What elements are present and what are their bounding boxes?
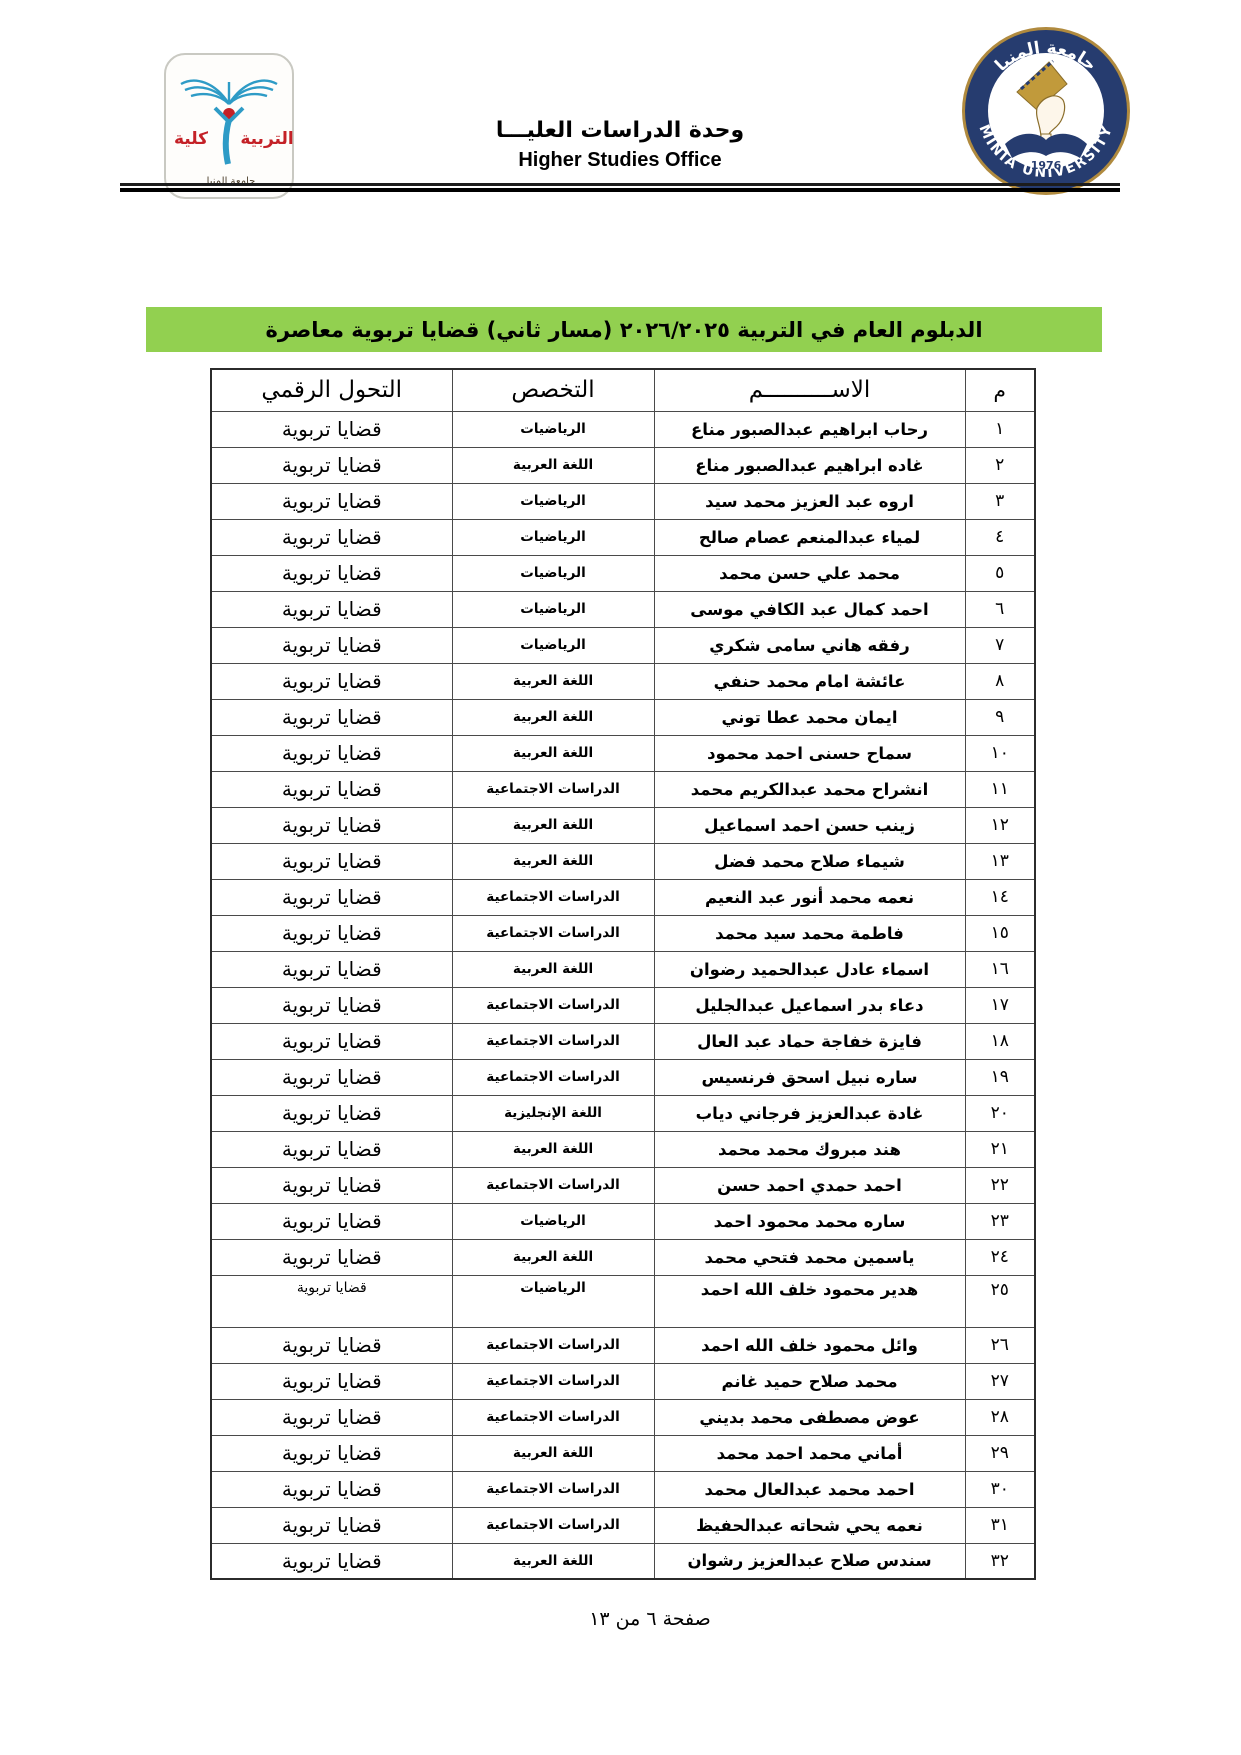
table-row: ٢٤ياسمين محمد فتحي محمداللغة العربيةقضاي… <box>211 1239 1035 1275</box>
program-banner: الدبلوم العام في التربية ٢٠٢٦/٢٠٢٥ (مسار… <box>146 307 1102 352</box>
cell-spec: الدراسات الاجتماعية <box>452 1023 654 1059</box>
table-row: ١٨فايزة خفاجة حماد عبد العالالدراسات الا… <box>211 1023 1035 1059</box>
cell-spec: اللغة العربية <box>452 951 654 987</box>
cell-transform: قضايا تربوية <box>211 1543 452 1579</box>
table-row: ٣٢سندس صلاح عبدالعزيز رشواناللغة العربية… <box>211 1543 1035 1579</box>
cell-spec: اللغة العربية <box>452 735 654 771</box>
table-row: ٣اروه عبد العزيز محمد سيدالرياضياتقضايا … <box>211 483 1035 519</box>
cell-name: سندس صلاح عبدالعزيز رشوان <box>654 1543 965 1579</box>
cell-transform: قضايا تربوية <box>211 1471 452 1507</box>
cell-no: ٢٠ <box>965 1095 1035 1131</box>
table-row: ١٤نعمه محمد أنور عبد النعيمالدراسات الاج… <box>211 879 1035 915</box>
cell-no: ٣١ <box>965 1507 1035 1543</box>
cell-spec: اللغة العربية <box>452 807 654 843</box>
cell-name: فاطمة محمد سيد محمد <box>654 915 965 951</box>
cell-no: ١٢ <box>965 807 1035 843</box>
cell-spec: الرياضيات <box>452 1275 654 1327</box>
cell-transform: قضايا تربوية <box>211 1399 452 1435</box>
cell-spec: اللغة العربية <box>452 447 654 483</box>
cell-name: نعمه يحي شحاته عبدالحفيظ <box>654 1507 965 1543</box>
cell-spec: الرياضيات <box>452 627 654 663</box>
cell-name: شيماء صلاح محمد فضل <box>654 843 965 879</box>
table-row: ١رحاب ابراهيم عبدالصبور مناعالرياضياتقضا… <box>211 411 1035 447</box>
page-number-text: صفحة ٦ من ١٣ <box>589 1608 711 1630</box>
cell-name: ساره نبيل اسحق فرنسيس <box>654 1059 965 1095</box>
cell-name: زينب حسن احمد اسماعيل <box>654 807 965 843</box>
table-row: ٢غاده ابراهيم عبدالصبور مناعاللغة العربي… <box>211 447 1035 483</box>
cell-transform: قضايا تربوية <box>211 627 452 663</box>
table-row: ١٥فاطمة محمد سيد محمدالدراسات الاجتماعية… <box>211 915 1035 951</box>
cell-no: ٢ <box>965 447 1035 483</box>
table-row: ١٠سماح حسنى احمد محموداللغة العربيةقضايا… <box>211 735 1035 771</box>
cell-no: ١٣ <box>965 843 1035 879</box>
cell-name: احمد حمدي احمد حسن <box>654 1167 965 1203</box>
cell-spec: اللغة العربية <box>452 1543 654 1579</box>
cell-transform: قضايا تربوية <box>211 1239 452 1275</box>
header-name: الاســــــــــم <box>654 369 965 411</box>
cell-transform: قضايا تربوية <box>211 1095 452 1131</box>
cell-no: ١٦ <box>965 951 1035 987</box>
cell-no: ٢٥ <box>965 1275 1035 1327</box>
table-row: ١٧دعاء بدر اسماعيل عبدالجليلالدراسات الا… <box>211 987 1035 1023</box>
table-row: ٤لمياء عبدالمنعم عصام صالحالرياضياتقضايا… <box>211 519 1035 555</box>
table-row: ٢٧محمد صلاح حميد غانمالدراسات الاجتماعية… <box>211 1363 1035 1399</box>
cell-name: محمد صلاح حميد غانم <box>654 1363 965 1399</box>
cell-no: ٤ <box>965 519 1035 555</box>
table-row: ٨عائشة امام محمد حنفياللغة العربيةقضايا … <box>211 663 1035 699</box>
cell-transform: قضايا تربوية <box>211 951 452 987</box>
table-row: ٢٦وائل محمود خلف الله احمدالدراسات الاجت… <box>211 1327 1035 1363</box>
cell-transform: قضايا تربوية <box>211 519 452 555</box>
cell-transform: قضايا تربوية <box>211 411 452 447</box>
cell-name: هند مبروك محمد محمد <box>654 1131 965 1167</box>
cell-name: غادة عبدالعزيز فرجاني دياب <box>654 1095 965 1131</box>
cell-transform: قضايا تربوية <box>211 771 452 807</box>
table-row: ١٦اسماء عادل عبدالحميد رضواناللغة العربي… <box>211 951 1035 987</box>
cell-no: ٢٦ <box>965 1327 1035 1363</box>
cell-name: احمد كمال عبد الكافي موسى <box>654 591 965 627</box>
cell-name: ايمان محمد عطا توني <box>654 699 965 735</box>
cell-name: عائشة امام محمد حنفي <box>654 663 965 699</box>
cell-transform: قضايا تربوية <box>211 591 452 627</box>
cell-name: احمد محمد عبدالعال محمد <box>654 1471 965 1507</box>
cell-name: اروه عبد العزيز محمد سيد <box>654 483 965 519</box>
cell-spec: الدراسات الاجتماعية <box>452 915 654 951</box>
cell-no: ٣ <box>965 483 1035 519</box>
cell-transform: قضايا تربوية <box>211 807 452 843</box>
students-table-body: ١رحاب ابراهيم عبدالصبور مناعالرياضياتقضا… <box>211 411 1035 1579</box>
cell-name: وائل محمود خلف الله احمد <box>654 1327 965 1363</box>
cell-spec: الرياضيات <box>452 555 654 591</box>
page-footer: صفحة ٦ من ١٣ <box>120 1608 1180 1630</box>
seal-year: 1976 <box>1031 159 1062 172</box>
cell-no: ١٨ <box>965 1023 1035 1059</box>
cell-name: أماني محمد احمد محمد <box>654 1435 965 1471</box>
table-row: ٩ايمان محمد عطا تونياللغة العربيةقضايا ت… <box>211 699 1035 735</box>
cell-transform: قضايا تربوية <box>211 1507 452 1543</box>
cell-name: رحاب ابراهيم عبدالصبور مناع <box>654 411 965 447</box>
cell-spec: الرياضيات <box>452 519 654 555</box>
cell-no: ٣٠ <box>965 1471 1035 1507</box>
cell-spec: الدراسات الاجتماعية <box>452 1471 654 1507</box>
table-row: ٢٢احمد حمدي احمد حسنالدراسات الاجتماعيةق… <box>211 1167 1035 1203</box>
cell-name: فايزة خفاجة حماد عبد العال <box>654 1023 965 1059</box>
cell-spec: اللغة العربية <box>452 843 654 879</box>
cell-name: عوض مصطفى محمد بديني <box>654 1399 965 1435</box>
cell-no: ٨ <box>965 663 1035 699</box>
cell-spec: الرياضيات <box>452 1203 654 1239</box>
cell-transform: قضايا تربوية <box>211 663 452 699</box>
cell-transform: قضايا تربوية <box>211 1131 452 1167</box>
program-banner-title: الدبلوم العام في التربية ٢٠٢٦/٢٠٢٥ (مسار… <box>265 318 982 342</box>
table-row: ٢٥هدير محمود خلف الله احمدالرياضياتقضايا… <box>211 1275 1035 1327</box>
cell-transform: قضايا تربوية <box>211 1435 452 1471</box>
cell-spec: اللغة الإنجليزية <box>452 1095 654 1131</box>
cell-spec: الدراسات الاجتماعية <box>452 879 654 915</box>
cell-transform: قضايا تربوية <box>211 1327 452 1363</box>
cell-no: ٥ <box>965 555 1035 591</box>
cell-name: اسماء عادل عبدالحميد رضوان <box>654 951 965 987</box>
table-row: ٥محمد علي حسن محمدالرياضياتقضايا تربوية <box>211 555 1035 591</box>
cell-no: ٢٨ <box>965 1399 1035 1435</box>
table-header-row: م الاســــــــــم التخصص التحول الرقمي <box>211 369 1035 411</box>
cell-name: ياسمين محمد فتحي محمد <box>654 1239 965 1275</box>
table-row: ٢٨عوض مصطفى محمد بدينيالدراسات الاجتماعي… <box>211 1399 1035 1435</box>
table-row: ٣٠احمد محمد عبدالعال محمدالدراسات الاجتم… <box>211 1471 1035 1507</box>
cell-spec: الدراسات الاجتماعية <box>452 1507 654 1543</box>
cell-spec: الدراسات الاجتماعية <box>452 1059 654 1095</box>
table-row: ٦احمد كمال عبد الكافي موسىالرياضياتقضايا… <box>211 591 1035 627</box>
cell-no: ٢٤ <box>965 1239 1035 1275</box>
cell-transform: قضايا تربوية <box>211 1203 452 1239</box>
cell-no: ٢٩ <box>965 1435 1035 1471</box>
cell-no: ٢٧ <box>965 1363 1035 1399</box>
cell-no: ١١ <box>965 771 1035 807</box>
cell-spec: الدراسات الاجتماعية <box>452 1167 654 1203</box>
cell-name: دعاء بدر اسماعيل عبدالجليل <box>654 987 965 1023</box>
cell-spec: الرياضيات <box>452 591 654 627</box>
header-no: م <box>965 369 1035 411</box>
cell-transform: قضايا تربوية <box>211 987 452 1023</box>
cell-transform: قضايا تربوية <box>211 843 452 879</box>
cell-transform: قضايا تربوية <box>211 1275 452 1327</box>
cell-transform: قضايا تربوية <box>211 1059 452 1095</box>
cell-spec: الرياضيات <box>452 483 654 519</box>
cell-transform: قضايا تربوية <box>211 1023 452 1059</box>
cell-spec: اللغة العربية <box>452 1239 654 1275</box>
cell-name: ساره محمد محمود احمد <box>654 1203 965 1239</box>
cell-transform: قضايا تربوية <box>211 483 452 519</box>
cell-transform: قضايا تربوية <box>211 555 452 591</box>
cell-name: انشراح محمد عبدالكريم محمد <box>654 771 965 807</box>
table-row: ١٢زينب حسن احمد اسماعيلاللغة العربيةقضاي… <box>211 807 1035 843</box>
cell-spec: الدراسات الاجتماعية <box>452 1363 654 1399</box>
table-row: ١٣شيماء صلاح محمد فضلاللغة العربيةقضايا … <box>211 843 1035 879</box>
header-specialization: التخصص <box>452 369 654 411</box>
cell-spec: اللغة العربية <box>452 1435 654 1471</box>
document-page: كلية التربية جامعة المنيا وحدة الدراسات … <box>0 0 1241 1755</box>
cell-no: ٧ <box>965 627 1035 663</box>
cell-name: هدير محمود خلف الله احمد <box>654 1275 965 1327</box>
cell-name: رفقه هاني سامى شكري <box>654 627 965 663</box>
table-row: ٢٣ساره محمد محمود احمدالرياضياتقضايا ترب… <box>211 1203 1035 1239</box>
cell-spec: الدراسات الاجتماعية <box>452 771 654 807</box>
cell-no: ١٤ <box>965 879 1035 915</box>
cell-name: نعمه محمد أنور عبد النعيم <box>654 879 965 915</box>
cell-spec: اللغة العربية <box>452 663 654 699</box>
table-row: ٣١نعمه يحي شحاته عبدالحفيظالدراسات الاجت… <box>211 1507 1035 1543</box>
cell-spec: الرياضيات <box>452 411 654 447</box>
cell-no: ٣٢ <box>965 1543 1035 1579</box>
cell-no: ١٩ <box>965 1059 1035 1095</box>
cell-no: ١٥ <box>965 915 1035 951</box>
header-divider <box>120 183 1120 192</box>
minia-university-logo-icon: جامعة المنيا MINIA UNIVERSITY 1976 <box>961 26 1131 196</box>
cell-spec: اللغة العربية <box>452 699 654 735</box>
table-row: ١١انشراح محمد عبدالكريم محمدالدراسات الا… <box>211 771 1035 807</box>
cell-transform: قضايا تربوية <box>211 447 452 483</box>
cell-name: سماح حسنى احمد محمود <box>654 735 965 771</box>
cell-transform: قضايا تربوية <box>211 699 452 735</box>
cell-spec: الدراسات الاجتماعية <box>452 1399 654 1435</box>
cell-no: ١ <box>965 411 1035 447</box>
cell-transform: قضايا تربوية <box>211 915 452 951</box>
cell-no: ٦ <box>965 591 1035 627</box>
table-row: ٢٠غادة عبدالعزيز فرجاني دياباللغة الإنجل… <box>211 1095 1035 1131</box>
cell-name: لمياء عبدالمنعم عصام صالح <box>654 519 965 555</box>
cell-no: ٢٢ <box>965 1167 1035 1203</box>
cell-transform: قضايا تربوية <box>211 735 452 771</box>
table-row: ٢١هند مبروك محمد محمداللغة العربيةقضايا … <box>211 1131 1035 1167</box>
cell-no: ١٧ <box>965 987 1035 1023</box>
cell-no: ٢٣ <box>965 1203 1035 1239</box>
table-row: ٢٩أماني محمد احمد محمداللغة العربيةقضايا… <box>211 1435 1035 1471</box>
cell-spec: اللغة العربية <box>452 1131 654 1167</box>
students-table-container: م الاســــــــــم التخصص التحول الرقمي ١… <box>210 368 1034 1580</box>
cell-no: ٩ <box>965 699 1035 735</box>
cell-no: ١٠ <box>965 735 1035 771</box>
cell-spec: الدراسات الاجتماعية <box>452 1327 654 1363</box>
table-row: ٧رفقه هاني سامى شكريالرياضياتقضايا تربوي… <box>211 627 1035 663</box>
cell-no: ٢١ <box>965 1131 1035 1167</box>
cell-spec: الدراسات الاجتماعية <box>452 987 654 1023</box>
cell-transform: قضايا تربوية <box>211 1363 452 1399</box>
table-row: ١٩ساره نبيل اسحق فرنسيسالدراسات الاجتماع… <box>211 1059 1035 1095</box>
students-table: م الاســــــــــم التخصص التحول الرقمي ١… <box>210 368 1036 1580</box>
header-transform: التحول الرقمي <box>211 369 452 411</box>
cell-name: غاده ابراهيم عبدالصبور مناع <box>654 447 965 483</box>
cell-name: محمد علي حسن محمد <box>654 555 965 591</box>
cell-transform: قضايا تربوية <box>211 879 452 915</box>
cell-transform: قضايا تربوية <box>211 1167 452 1203</box>
